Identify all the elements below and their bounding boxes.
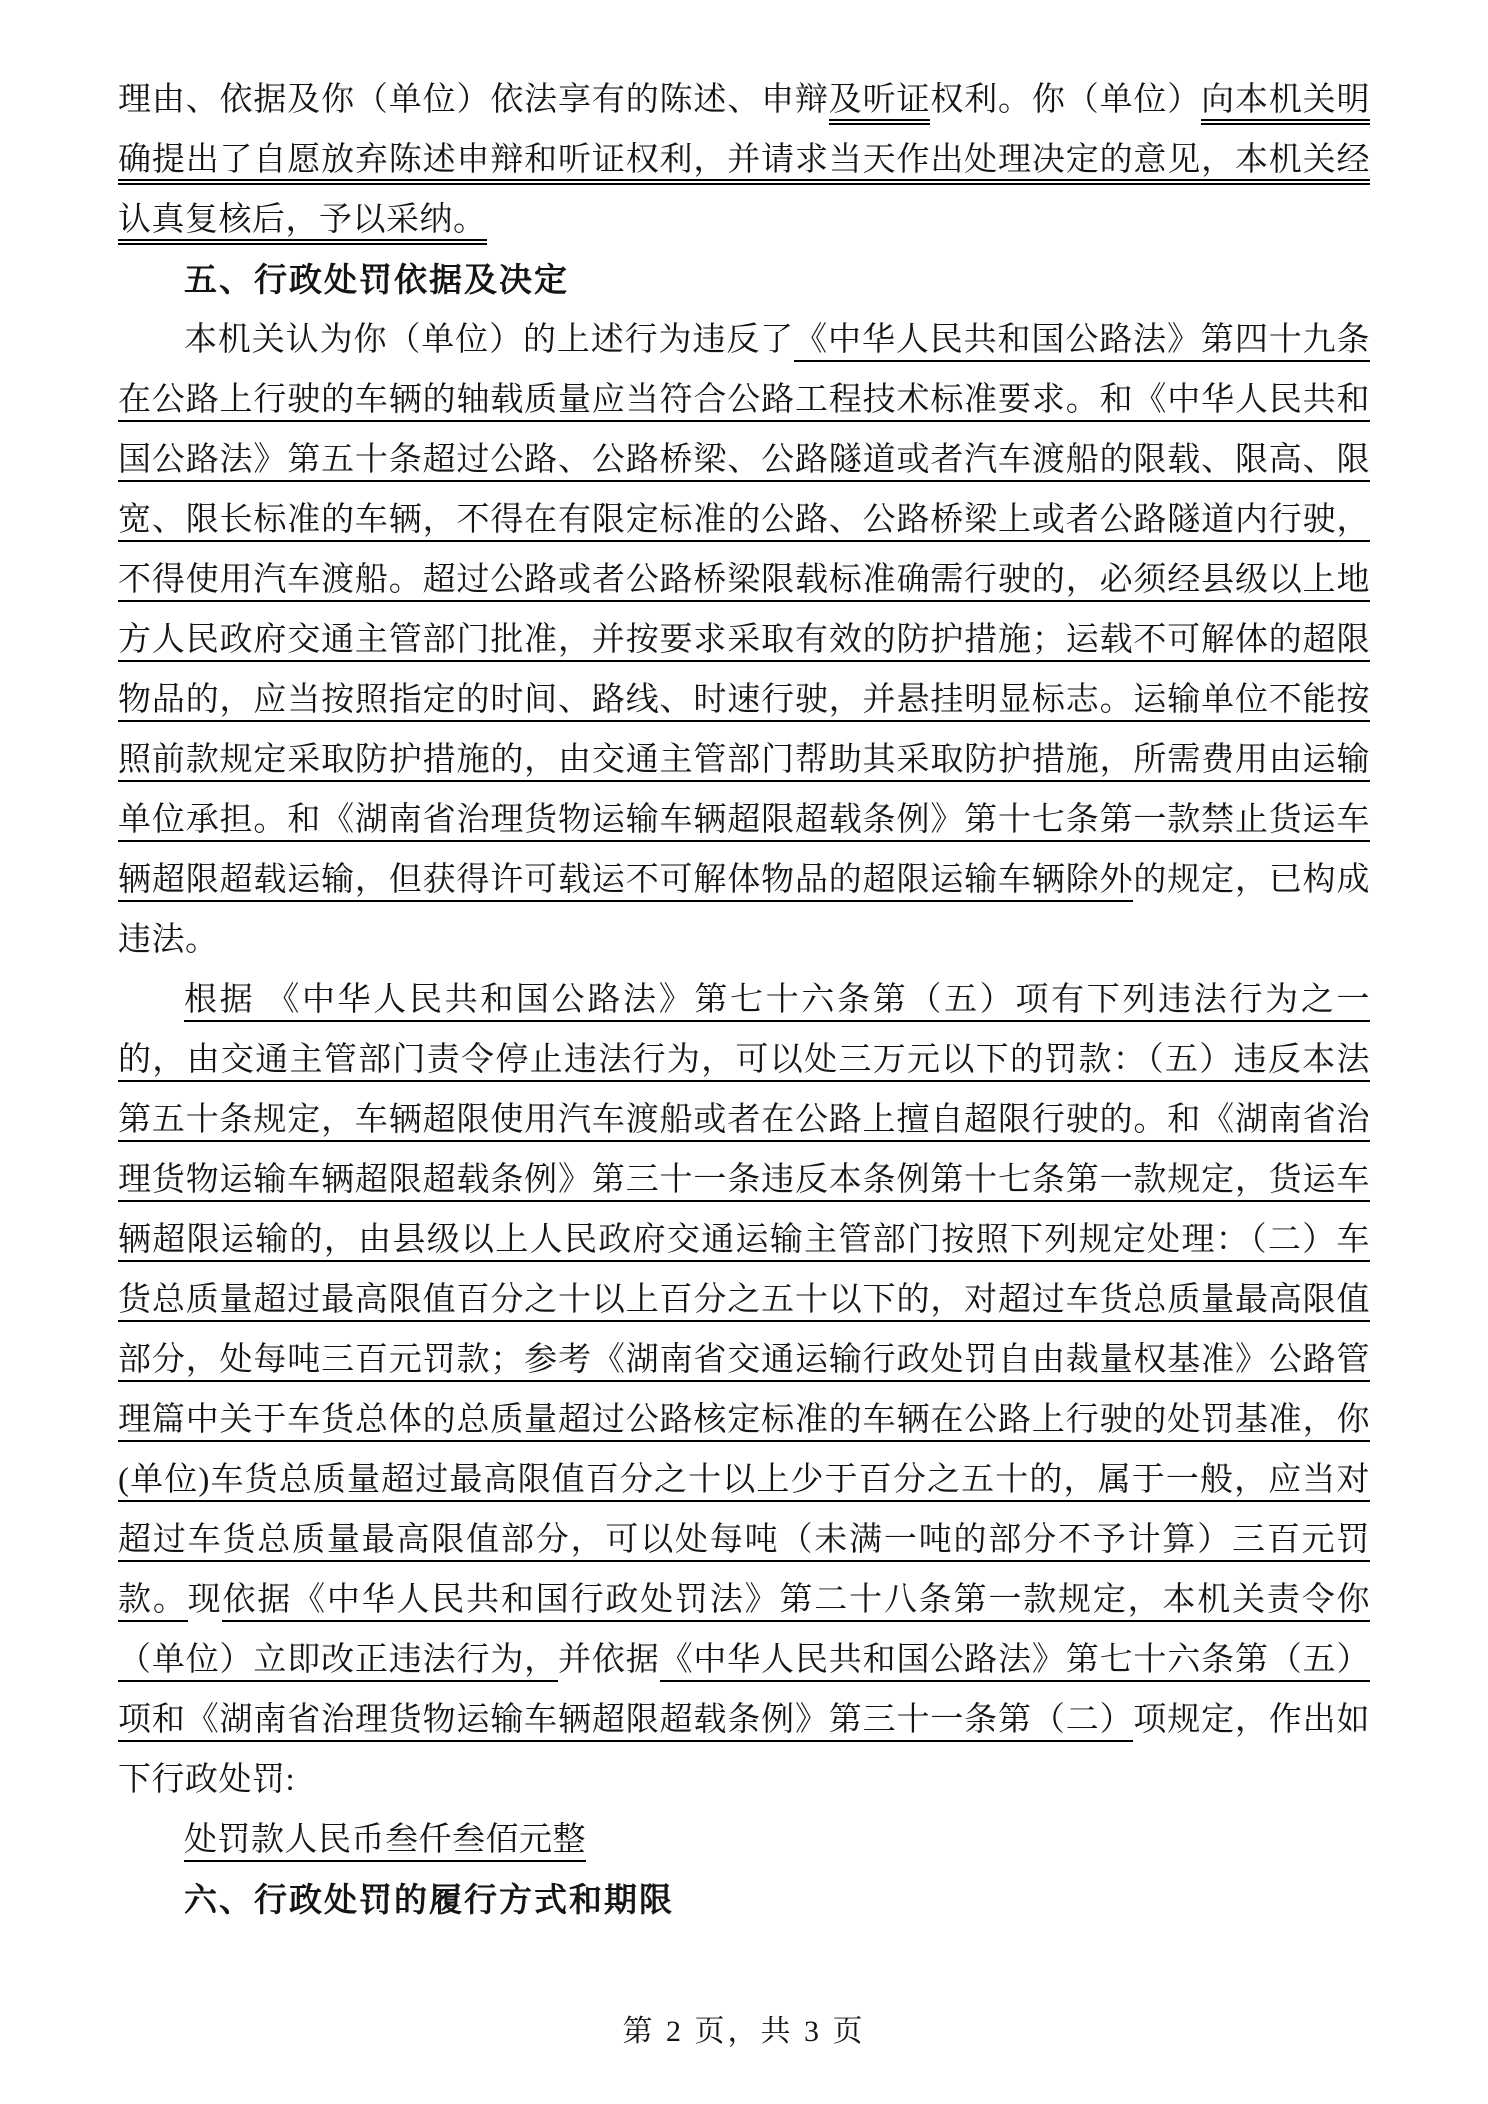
text-line: 项和《湖南省治理货物运输车辆超限超载条例》第三十一条第（二）项规定，作出如 bbox=[118, 1690, 1370, 1750]
text-line: 第五十条规定，车辆超限使用汽车渡船或者在公路上擅自超限行驶的。和《湖南省治 bbox=[118, 1090, 1370, 1150]
text-line: 认真复核后，予以采纳。 bbox=[118, 190, 1370, 250]
underlined-text-segment: (单位)车货总质量超过最高限值百分之十以上少于百分之五十的，属于一般，应当对 bbox=[118, 1462, 1370, 1502]
document-body: 理由、依据及你（单位）依法享有的陈述、申辩及听证权利。你（单位）向本机关明确提出… bbox=[118, 70, 1370, 1930]
underlined-text-segment: 确提出了自愿放弃陈述申辩和听证权利，并请求当天作出处理决定的意见，本机关经 bbox=[118, 142, 1370, 185]
text-segment: 理由、依据及你（单位）依法享有的陈述、申辩 bbox=[118, 82, 829, 118]
text-segment: 的规定，已构成 bbox=[1133, 862, 1370, 898]
text-line: 照前款规定采取防护措施的，由交通主管部门帮助其采取防护措施，所需费用由运输 bbox=[118, 730, 1370, 790]
page-footer: 第 2 页，共 3 页 bbox=[118, 2002, 1370, 2062]
underlined-text-segment: 根据 《中华人民共和国公路法》第七十六条第（五）项有下列违法行为之一 bbox=[184, 982, 1370, 1022]
text-line: 部分，处每吨三百元罚款；参考《湖南省交通运输行政处罚自由裁量权基准》公路管 bbox=[118, 1330, 1370, 1390]
underlined-text-segment: 项和《湖南省治理货物运输车辆超限超载条例》第三十一条第（二） bbox=[118, 1702, 1133, 1742]
document-page: 理由、依据及你（单位）依法享有的陈述、申辩及听证权利。你（单位）向本机关明确提出… bbox=[0, 0, 1488, 2104]
text-line: 物品的，应当按照指定的时间、路线、时速行驶，并悬挂明显标志。运输单位不能按 bbox=[118, 670, 1370, 730]
text-line: 宽、限长标准的车辆，不得在有限定标准的公路、公路桥梁上或者公路隧道内行驶， bbox=[118, 490, 1370, 550]
text-line: 处罚款人民币叁仟叁佰元整 bbox=[118, 1810, 1370, 1870]
underlined-text-segment: 在公路上行驶的车辆的轴载质量应当符合公路工程技术标准要求。和《中华人民共和 bbox=[118, 382, 1370, 422]
text-segment: 五、行政处罚依据及决定 bbox=[184, 261, 569, 298]
text-line: 违法。 bbox=[118, 910, 1370, 970]
underlined-text-segment: 依据《中华人民共和国行政处罚法》第二十八条第一款规定，本机关责令你 bbox=[222, 1582, 1370, 1622]
underlined-text-segment: 物品的，应当按照指定的时间、路线、时速行驶，并悬挂明显标志。运输单位不能按 bbox=[118, 682, 1370, 722]
underlined-text-segment: 的，由交通主管部门责令停止违法行为，可以处三万元以下的罚款：（五）违反本法 bbox=[118, 1042, 1370, 1082]
text-segment: 项规定，作出如 bbox=[1133, 1702, 1370, 1738]
text-line: 根据 《中华人民共和国公路法》第七十六条第（五）项有下列违法行为之一 bbox=[118, 970, 1370, 1030]
underlined-text-segment: 参考《湖南省交通运输行政处罚自由裁量权基准》公路管 bbox=[524, 1342, 1370, 1382]
underlined-text-segment: 宽、限长标准的车辆，不得在有限定标准的公路、公路桥梁上或者公路隧道内行驶， bbox=[118, 502, 1370, 542]
text-segment: 现 bbox=[188, 1582, 223, 1618]
text-line: 理篇中关于车货总体的总质量超过公路核定标准的车辆在公路上行驶的处罚基准，你 bbox=[118, 1390, 1370, 1450]
text-line: 下行政处罚: bbox=[118, 1750, 1370, 1810]
text-line: 本机关认为你（单位）的上述行为违反了《中华人民共和国公路法》第四十九条 bbox=[118, 310, 1370, 370]
underlined-text-segment: （单位）立即改正违法行为， bbox=[118, 1642, 558, 1682]
underlined-text-segment: 理篇中关于车货总体的总质量超过公路核定标准的车辆在公路上行驶的处罚基准，你 bbox=[118, 1402, 1370, 1442]
underlined-text-segment: 《中华人民共和国公路法》第七十六条第（五） bbox=[660, 1642, 1370, 1682]
text-segment: 六、行政处罚的履行方式和期限 bbox=[184, 1881, 674, 1918]
underlined-text-segment: 理货物运输车辆超限超载条例》第三十一条违反本条例第十七条第一款规定，货运车 bbox=[118, 1162, 1370, 1202]
underlined-text-segment: 及听证 bbox=[829, 82, 931, 125]
text-line: (单位)车货总质量超过最高限值百分之十以上少于百分之五十的，属于一般，应当对 bbox=[118, 1450, 1370, 1510]
text-line: 辆超限超载运输，但获得许可载运不可解体物品的超限运输车辆除外的规定，已构成 bbox=[118, 850, 1370, 910]
underlined-text-segment: 处罚款人民币叁仟叁佰元整 bbox=[184, 1822, 586, 1862]
text-segment: 并依据 bbox=[558, 1642, 660, 1678]
underlined-text-segment: 方人民政府交通主管部门批准，并按要求采取有效的防护措施；运载不可解体的超限 bbox=[118, 622, 1370, 662]
underlined-text-segment: 辆超限超载运输，但获得许可载运不可解体物品的超限运输车辆除外 bbox=[118, 862, 1133, 902]
underlined-text-segment: 款。 bbox=[118, 1582, 188, 1622]
text-line: （单位）立即改正违法行为，并依据《中华人民共和国公路法》第七十六条第（五） bbox=[118, 1630, 1370, 1690]
underlined-text-segment: 辆超限运输的，由县级以上人民政府交通运输主管部门按照下列规定处理：（二）车 bbox=[118, 1222, 1370, 1262]
text-line: 辆超限运输的，由县级以上人民政府交通运输主管部门按照下列规定处理：（二）车 bbox=[118, 1210, 1370, 1270]
text-line: 款。现依据《中华人民共和国行政处罚法》第二十八条第一款规定，本机关责令你 bbox=[118, 1570, 1370, 1630]
text-segment: 本机关认为你（单位）的上述行为违反了 bbox=[184, 322, 794, 358]
text-line: 国公路法》第五十条超过公路、公路桥梁、公路隧道或者汽车渡船的限载、限高、限 bbox=[118, 430, 1370, 490]
text-line: 理货物运输车辆超限超载条例》第三十一条违反本条例第十七条第一款规定，货运车 bbox=[118, 1150, 1370, 1210]
text-line: 的，由交通主管部门责令停止违法行为，可以处三万元以下的罚款：（五）违反本法 bbox=[118, 1030, 1370, 1090]
text-segment: 违法。 bbox=[118, 922, 219, 958]
underlined-text-segment: 第五十条规定，车辆超限使用汽车渡船或者在公路上擅自超限行驶的。和《湖南省治 bbox=[118, 1102, 1370, 1142]
text-line: 方人民政府交通主管部门批准，并按要求采取有效的防护措施；运载不可解体的超限 bbox=[118, 610, 1370, 670]
text-segment: 下行政处罚: bbox=[118, 1762, 295, 1798]
section-heading: 六、行政处罚的履行方式和期限 bbox=[118, 1870, 1370, 1930]
underlined-text-segment: 向本机关明 bbox=[1201, 82, 1370, 125]
underlined-text-segment: 部分，处每吨三百元罚款； bbox=[118, 1342, 524, 1382]
underlined-text-segment: 超过车货总质量最高限值部分，可以处每吨（未满一吨的部分不予计算）三百元罚 bbox=[118, 1522, 1370, 1562]
text-line: 超过车货总质量最高限值部分，可以处每吨（未满一吨的部分不予计算）三百元罚 bbox=[118, 1510, 1370, 1570]
text-line: 货总质量超过最高限值百分之十以上百分之五十以下的，对超过车货总质量最高限值 bbox=[118, 1270, 1370, 1330]
underlined-text-segment: 照前款规定采取防护措施的，由交通主管部门帮助其采取防护措施，所需费用由运输 bbox=[118, 742, 1370, 782]
text-line: 在公路上行驶的车辆的轴载质量应当符合公路工程技术标准要求。和《中华人民共和 bbox=[118, 370, 1370, 430]
section-heading: 五、行政处罚依据及决定 bbox=[118, 250, 1370, 310]
underlined-text-segment: 单位承担。和《湖南省治理货物运输车辆超限超载条例》第十七条第一款禁止货运车 bbox=[118, 802, 1370, 842]
underlined-text-segment: 货总质量超过最高限值百分之十以上百分之五十以下的，对超过车货总质量最高限值 bbox=[118, 1282, 1370, 1322]
text-line: 不得使用汽车渡船。超过公路或者公路桥梁限载标准确需行驶的，必须经县级以上地 bbox=[118, 550, 1370, 610]
underlined-text-segment: 《中华人民共和国公路法》第四十九条 bbox=[794, 322, 1370, 362]
underlined-text-segment: 国公路法》第五十条超过公路、公路桥梁、公路隧道或者汽车渡船的限载、限高、限 bbox=[118, 442, 1370, 482]
text-line: 单位承担。和《湖南省治理货物运输车辆超限超载条例》第十七条第一款禁止货运车 bbox=[118, 790, 1370, 850]
underlined-text-segment: 不得使用汽车渡船。超过公路或者公路桥梁限载标准确需行驶的，必须经县级以上地 bbox=[118, 562, 1370, 602]
underlined-text-segment: 认真复核后，予以采纳。 bbox=[118, 202, 487, 245]
text-segment: 权利。你（单位） bbox=[930, 82, 1201, 118]
text-line: 理由、依据及你（单位）依法享有的陈述、申辩及听证权利。你（单位）向本机关明 bbox=[118, 70, 1370, 130]
text-line: 确提出了自愿放弃陈述申辩和听证权利，并请求当天作出处理决定的意见，本机关经 bbox=[118, 130, 1370, 190]
